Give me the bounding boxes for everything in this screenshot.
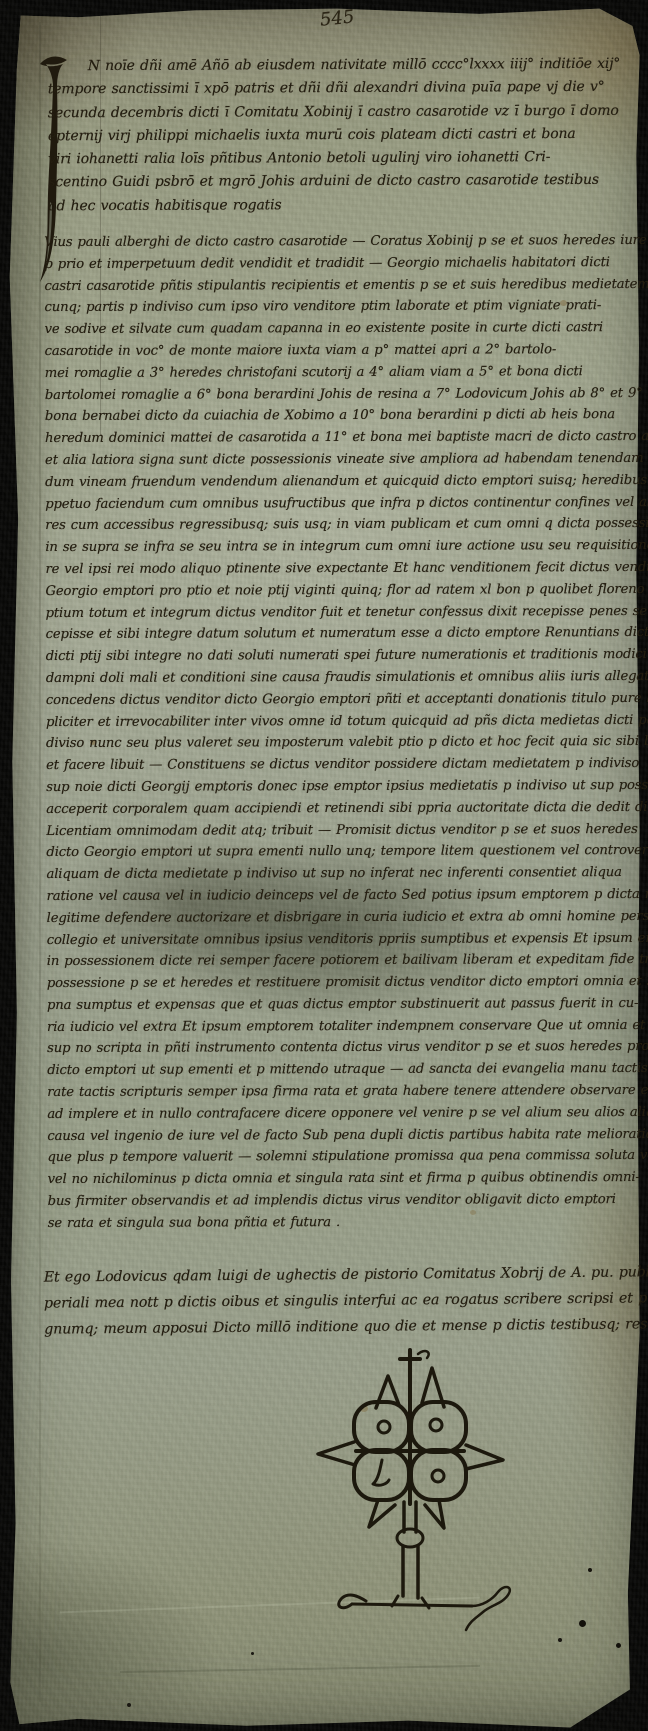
signum-shaft (397, 1502, 423, 1598)
deed-body-paragraph: Vius pauli alberghi de dicto castro casa… (44, 230, 639, 1235)
invocation-paragraph: N noīe dñi amē Añō ab eiusdem nativitate… (48, 53, 635, 219)
notary-subscription-paragraph: Et ego Lodovicus qdam luigi de ughectis … (44, 1259, 641, 1342)
signum-base-flourish (339, 1587, 510, 1630)
folio-number: 545 (319, 6, 355, 30)
notary-signum-mark (292, 1342, 522, 1642)
lobe-letter-L (373, 1460, 389, 1485)
manuscript-photo: 545 N noīe dñi amē Añō ab eiusdem nativi… (0, 0, 648, 1731)
signum-quatrefoil (354, 1398, 466, 1504)
